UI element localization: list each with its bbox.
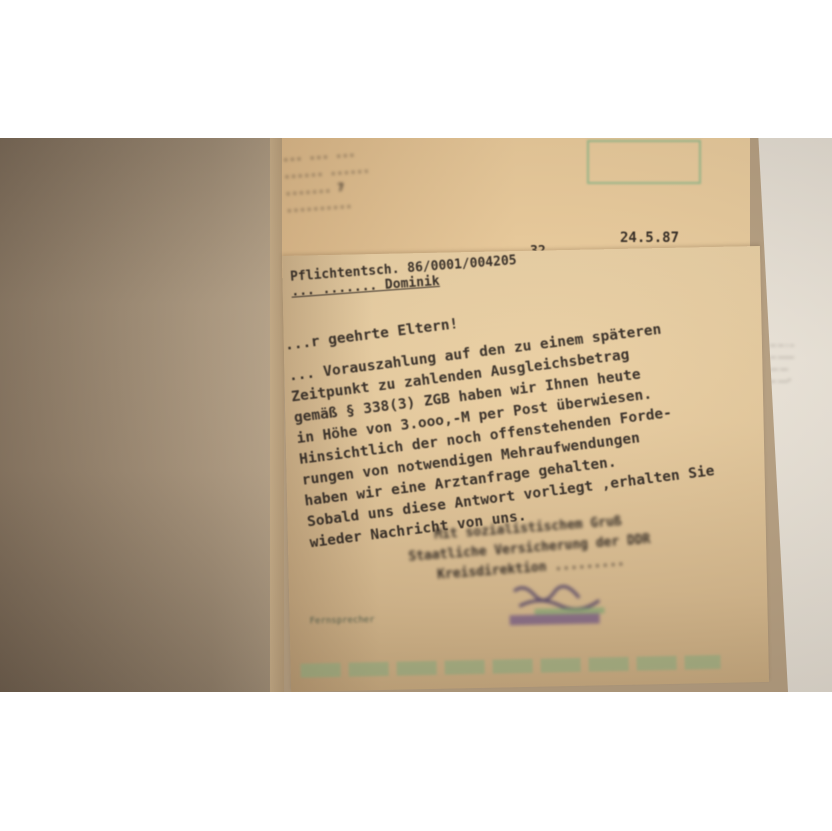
document-photo: ... ... ... ...... ...... ....... 7 ....… (0, 138, 832, 692)
letter-body: ...r geehrte Eltern! ... Vorauszahlung a… (284, 285, 719, 555)
letter-date: 24.5.87 (620, 230, 679, 246)
right-sheet-text: ... ... . .. ... ........ .... .... ... … (770, 338, 794, 386)
green-stamp-box (587, 140, 701, 184)
letterhead-footer: Fernsprecher (310, 614, 375, 627)
letterhead-footer-lines (301, 655, 721, 678)
sender-block: ... ... ... ...... ...... ....... 7 ....… (282, 143, 373, 217)
signature-stamp (504, 579, 615, 631)
blank-left-page (0, 138, 282, 692)
letter-folded-sheet: Pflichtentsch. 86/0001/004205 ... ......… (282, 246, 769, 692)
reference-number: Pflichtentsch. 86/0001/004205 ... ......… (290, 253, 519, 300)
